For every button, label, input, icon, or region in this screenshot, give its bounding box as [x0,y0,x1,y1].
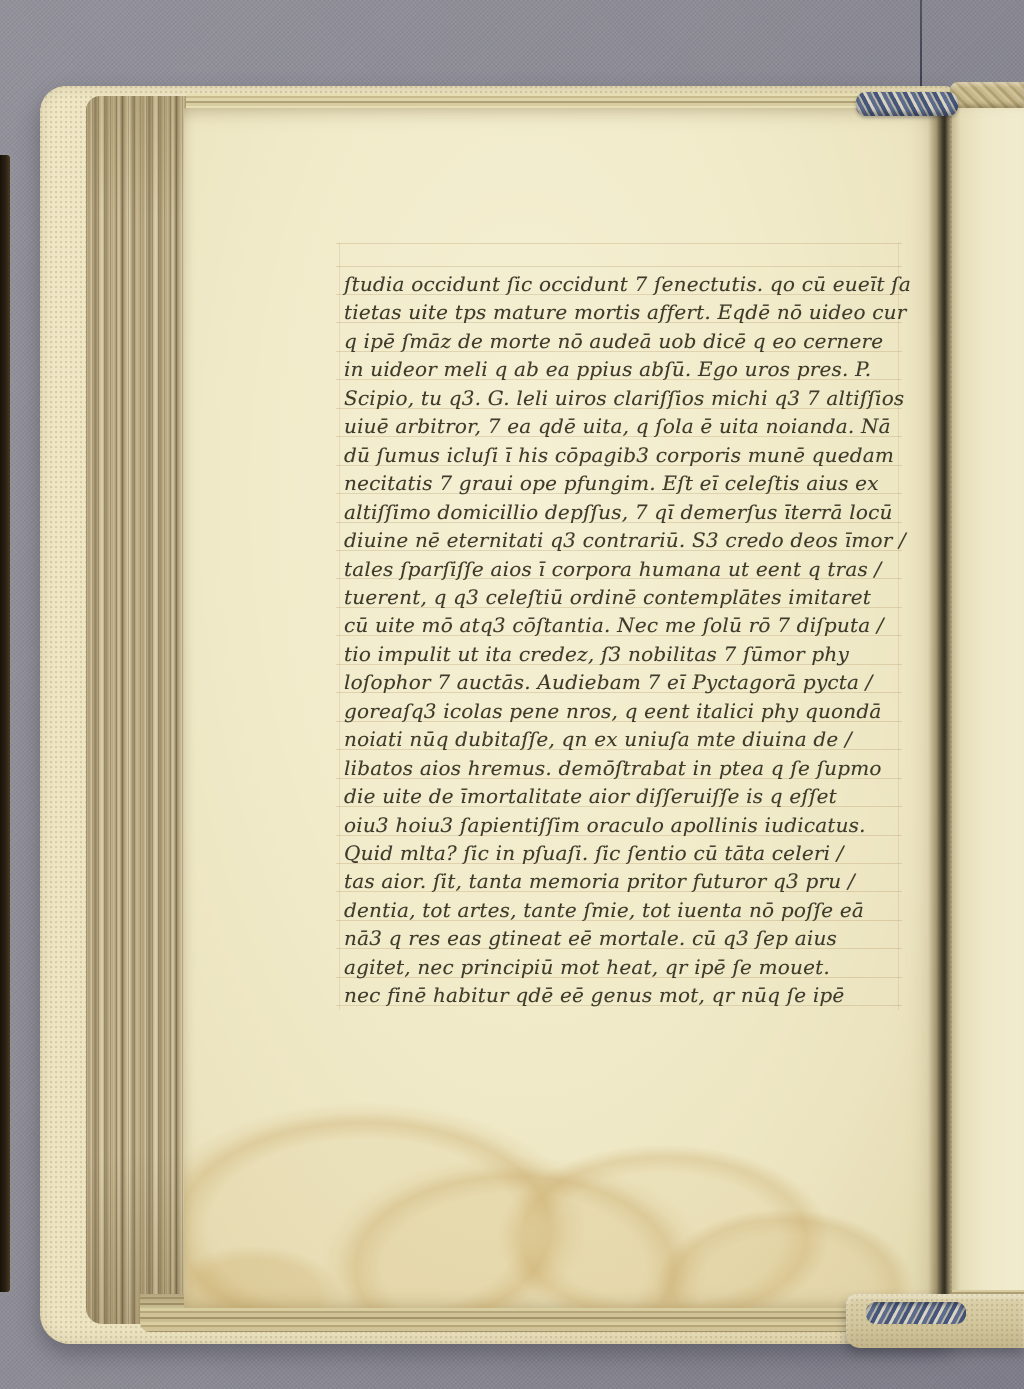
manuscript-line: agitet, nec principiū mot heat, qr ipē ſ… [344,953,904,981]
ruling-line [336,243,902,244]
manuscript-line: tales ſparſiſſe aios ī corpora humana ut… [344,555,904,583]
manuscript-line: loſophor 7 auctās. Audiebam 7 eī Pyctago… [344,668,904,696]
facing-page [952,98,1024,1298]
manuscript-line: tuerent, q q3 celeſtiū ordinē contemplāt… [344,583,904,611]
manuscript-line: libatos aios hremus. demōſtrabat in ptea… [344,754,904,782]
dark-object-edge [0,155,10,1292]
vertical-ruling-line [339,242,340,1010]
manuscript-line: oiu3 hoiu3 ſapientiſſim oraculo apollini… [344,811,904,839]
ruling-line [336,266,902,267]
manuscript-line: diuine nē eternitati q3 contrariū. S3 cr… [344,526,904,554]
headband-endband [856,92,958,116]
manuscript-line: tas aior. ſit, tanta memoria pritor futu… [344,867,904,895]
manuscript-line: altiſſimo domicillio depſſus, 7 qī demer… [344,498,904,526]
manuscript-line: uiuē arbitror, 7 ea qdē uita, q ſola ē u… [344,412,904,440]
tailband-endband [866,1302,966,1324]
manuscript-line: q ipē ſmāz de morte nō audeā uob dicē q … [344,327,904,355]
manuscript-line: dū ſumus icluſi ī his cōpagib3 corporis … [344,441,904,469]
manuscript-line: nec finē habitur qdē eē genus mot, qr nū… [344,981,904,1009]
manuscript-line: cū uite mō atq3 cōſtantia. Nec me ſolū r… [344,611,904,639]
manuscript-line: dentia, tot artes, tante ſmie, tot iuent… [344,896,904,924]
manuscript-line: Quid mlta? ſic in pſuaſi. ſic ſentio cū … [344,839,904,867]
manuscript-line: tio impulit ut ita credez, ſ3 nobilitas … [344,640,904,668]
manuscript-line: ſtudia occidunt ſic occidunt 7 ſenectuti… [344,270,904,298]
manuscript-line: tietas uite tps mature mortis affert. Eq… [344,298,904,326]
manuscript-line: necitatis 7 graui ope pfungim. Eſt eī ce… [344,469,904,497]
manuscript-line: in uideor meli q ab ea ppius abſū. Ego u… [344,355,904,383]
manuscript-line: goreaſq3 icolas pene nros, q eent italic… [344,697,904,725]
fabric-seam [920,0,922,92]
manuscript-line: nā3 q res eas gtineat eē mortale. cū q3 … [344,924,904,952]
manuscript-line: die uite de īmortalitate aior diſſeruiſſ… [344,782,904,810]
spine-head-cap [950,82,1024,108]
page-edges-fore-edge [86,96,188,1324]
manuscript-line: noiati nūq dubitaſſe, qn ex uniuſa mte d… [344,725,904,753]
manuscript-line: Scipio, tu q3. G. leli uiros clariſſios … [344,384,904,412]
